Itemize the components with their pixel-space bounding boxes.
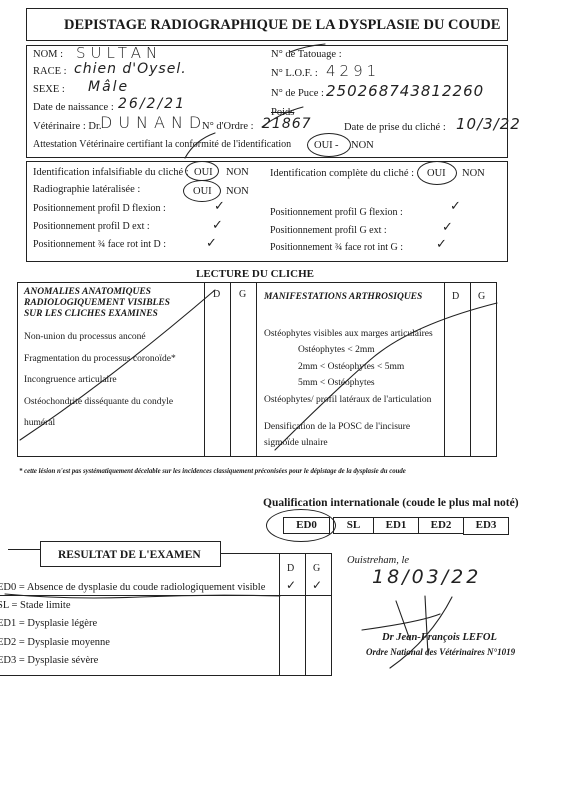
grade-ed1[interactable]: ED1	[373, 517, 419, 534]
resultat-top-line	[220, 553, 332, 554]
infalsifiable-non[interactable]: NON	[226, 167, 249, 179]
arthrosique-row: Densification de la POSC de l'incisure	[264, 421, 410, 433]
resultat-top-line	[8, 549, 41, 550]
resultat-row-divider	[0, 595, 332, 596]
anomalies-header-2: RADIOLOGIQUEMENT VISIBLES	[24, 298, 170, 309]
col-divider	[256, 282, 257, 457]
anomaly-row: Incongruence articulaire	[24, 374, 117, 386]
col-divider	[331, 554, 332, 676]
nom-label: NOM :	[33, 49, 63, 61]
naissance-value[interactable]: 26/2/21	[118, 96, 186, 112]
arthrosiques-col-g: G	[478, 291, 485, 303]
lateralisee-label: Radiographie latéralisée :	[33, 184, 140, 196]
anomaly-row: huméral	[24, 417, 55, 429]
arthrosique-row: Ostéophytes < 2mm	[298, 344, 375, 356]
check-icon[interactable]: ✓	[312, 578, 322, 592]
resultat-row: ED1 = Dysplasie légère	[0, 618, 97, 630]
lecture-title: LECTURE DU CLICHE	[196, 268, 314, 280]
check-icon[interactable]: ✓	[286, 578, 296, 592]
puce-value[interactable]: 250268743812260	[326, 82, 484, 100]
arthrosique-row: Ostéophytes visibles aux marges articula…	[264, 328, 433, 340]
veterinaire-label: Vétérinaire : Dr.	[33, 121, 102, 133]
ordre-value[interactable]: 21867	[262, 116, 312, 132]
col-divider	[470, 282, 471, 457]
grade-ed2[interactable]: ED2	[418, 517, 464, 534]
race-label: RACE :	[33, 66, 67, 78]
tatouage-label: N° de Tatouage :	[271, 49, 342, 61]
attestation-non[interactable]: NON	[351, 140, 374, 152]
attestation-label: Attestation Vétérinaire certifiant la co…	[33, 139, 291, 151]
arthrosique-row: 5mm < Ostéophytes	[298, 377, 375, 389]
check-icon[interactable]: ✓	[442, 220, 453, 235]
footnote: * cette lésion n'est pas systématiquemen…	[19, 466, 406, 478]
date-cliche-label: Date de prise du cliché :	[344, 122, 446, 134]
infalsifiable-selected-circle	[185, 161, 219, 181]
col-divider	[305, 554, 306, 676]
signature-order: Ordre National des Vétérinaires N°1019	[366, 646, 515, 658]
col-divider	[444, 282, 445, 457]
race-value[interactable]: chien d'Oysel.	[74, 61, 187, 77]
qualification-title: Qualification internationale (coude le p…	[263, 497, 519, 509]
check-icon[interactable]: ✓	[214, 199, 225, 214]
signature-date[interactable]: 18/03/22	[372, 566, 481, 588]
arthrosique-row: 2mm < Ostéophytes < 5mm	[298, 361, 404, 373]
position-d-flexion-label: Positionnement profil D flexion :	[33, 203, 166, 215]
grade-sl[interactable]: SL	[333, 517, 374, 534]
anomaly-row: Fragmentation du processus coronoïde*	[24, 353, 176, 365]
resultat-row: ED3 = Dysplasie sévère	[0, 655, 98, 667]
position-d-rot-label: Positionnement ¾ face rot int D :	[33, 239, 166, 251]
infalsifiable-label: Identification infalsifiable du cliché :	[33, 167, 189, 179]
resultat-row: ED0 = Absence de dysplasie du coude radi…	[0, 582, 265, 594]
veterinaire-value[interactable]: DUNAND	[100, 113, 207, 132]
anomalies-header-3: SUR LES CLICHES EXAMINES	[24, 309, 158, 320]
tatouage-text: N° de Tatouage :	[271, 49, 342, 60]
grade-selected-circle	[266, 509, 336, 542]
arthrosiques-header: MANIFESTATIONS ARTHROSIQUES	[264, 291, 422, 303]
anomalies-header-1: ANOMALIES ANATOMIQUES	[24, 287, 151, 298]
check-icon[interactable]: ✓	[450, 199, 461, 214]
page-title: DEPISTAGE RADIOGRAPHIQUE DE LA DYSPLASIE…	[64, 17, 500, 33]
attestation-selected-circle	[307, 133, 351, 157]
arthrosique-row: Ostéophytes/ profil latéraux de l'articu…	[264, 394, 431, 406]
grade-ed3[interactable]: ED3	[463, 517, 509, 535]
lof-value[interactable]: 4291	[326, 62, 380, 80]
position-g-rot-label: Positionnement ¾ face rot int G :	[270, 242, 403, 254]
date-cliche-value[interactable]: 10/3/22	[456, 115, 521, 133]
nom-value[interactable]: SULTAN	[76, 44, 162, 62]
resultat-title: RESULTAT DE L'EXAMEN	[58, 549, 201, 561]
resultat-col-d: D	[287, 563, 294, 575]
complete-label: Identification complète du cliché :	[270, 168, 414, 180]
resultat-row: SL = Stade limite	[0, 600, 71, 612]
position-g-ext-label: Positionnement profil G ext :	[270, 225, 387, 237]
check-icon[interactable]: ✓	[206, 236, 217, 251]
anomaly-row: Ostéochondrite disséquante du condyle	[24, 396, 173, 408]
sexe-value[interactable]: Mâle	[88, 79, 129, 95]
lateralisee-non[interactable]: NON	[226, 186, 249, 198]
check-icon[interactable]: ✓	[436, 237, 447, 252]
col-divider	[204, 282, 205, 457]
position-d-ext-label: Positionnement profil D ext :	[33, 221, 150, 233]
resultat-bottom-line	[0, 675, 332, 676]
puce-label: N° de Puce :	[271, 88, 324, 100]
check-icon[interactable]: ✓	[212, 218, 223, 233]
position-g-flexion-label: Positionnement profil G flexion :	[270, 207, 403, 219]
anomaly-row: Non-union du processus anconé	[24, 331, 146, 343]
sexe-label: SEXE :	[33, 84, 65, 96]
col-divider	[279, 554, 280, 676]
complete-non[interactable]: NON	[462, 168, 485, 180]
lof-label: N° L.O.F. :	[271, 68, 318, 80]
arthrosiques-col-d: D	[452, 291, 459, 303]
complete-selected-circle	[417, 161, 457, 185]
anomalies-col-d: D	[213, 289, 220, 301]
ordre-label: N° d'Ordre :	[202, 121, 254, 133]
col-divider	[230, 282, 231, 457]
arthrosique-row: sigmoïde ulnaire	[264, 437, 328, 449]
resultat-row: ED2 = Dysplasie moyenne	[0, 637, 110, 649]
anomalies-col-g: G	[239, 289, 246, 301]
signature-name: Dr Jean-François LEFOL	[382, 632, 497, 644]
resultat-col-g: G	[313, 563, 320, 575]
